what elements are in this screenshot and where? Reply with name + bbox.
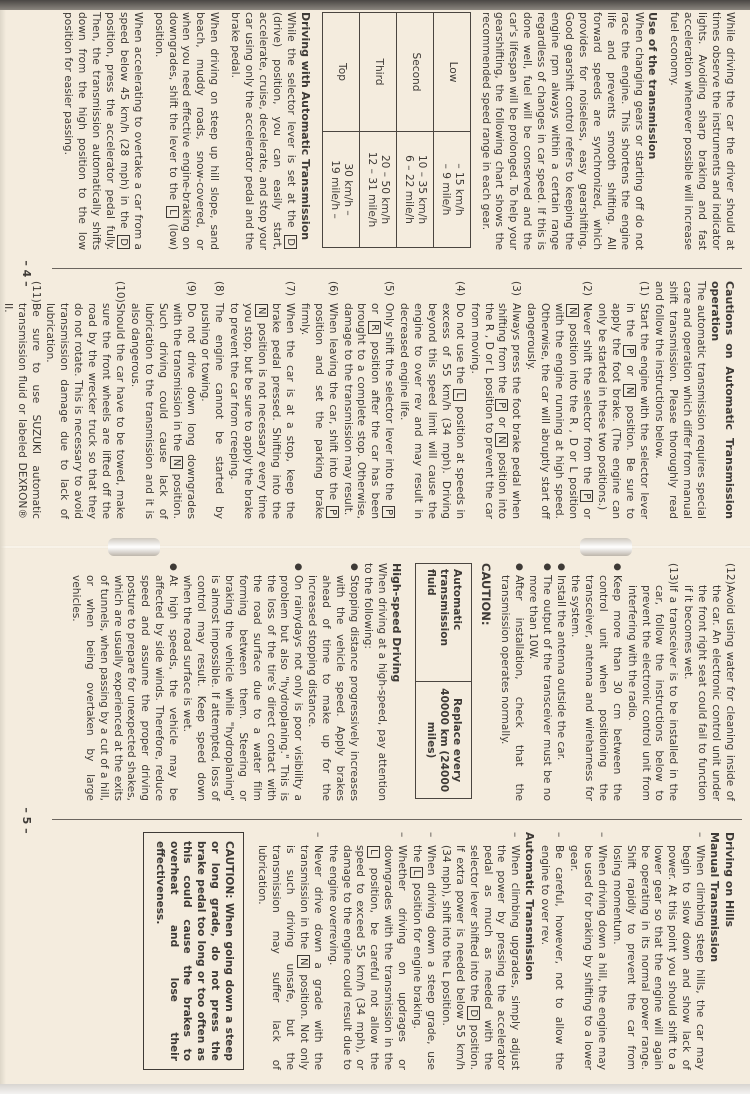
subheading-manual: Manual Transmission	[707, 832, 721, 1070]
text: position for engine braking.	[411, 883, 423, 1029]
dash-item: Be careful, however, not to allow the en…	[537, 832, 565, 1070]
text: Only shift the selector lever into the	[383, 303, 395, 501]
item-number: (1)	[636, 281, 650, 296]
manual-spread: While driving the car the driver should …	[0, 0, 750, 1094]
scan-bottom-edge	[0, 1084, 750, 1094]
gear-key-p: P	[580, 490, 593, 502]
text: Never shift the selector from the	[581, 303, 593, 484]
bullet-item: Stopping distance progressively increase…	[304, 563, 360, 801]
table-row: Second 10 – 35 km/h6 – 22 mile/h	[396, 13, 433, 248]
high-speed-intro: When driving at a high-speed, pay attent…	[360, 563, 388, 801]
text: position is not necessary every time you…	[228, 303, 268, 519]
item-number: (2)	[579, 281, 593, 296]
item-number: (9)	[183, 281, 197, 296]
bullet-item: At high speeds, the vehicle may be affec…	[68, 563, 179, 801]
atf-interval-cell: Replace every 40000 km (24000 miles)	[415, 682, 471, 799]
driving-intro: While driving the car the driver should …	[666, 12, 736, 250]
item-number: (12)	[722, 563, 736, 585]
list-item: (4)Do not use the L position at speeds i…	[396, 281, 466, 519]
text: Avoid using water for cleaning inside of…	[682, 585, 736, 801]
list-item: (12)Avoid using water for cleaning insid…	[680, 563, 736, 801]
manual-items: When climbing steep hills, the car may b…	[537, 832, 706, 1070]
item-number: (4)	[452, 281, 466, 296]
dash-item: When driving down a steep grade, use the…	[409, 832, 437, 1070]
gear-key-n: N	[623, 384, 636, 397]
atf-service-table: Automatic transmission fluid Replace eve…	[415, 563, 472, 799]
cautions-list-continued: (12)Avoid using water for cleaning insid…	[624, 563, 736, 801]
speed-mph: 6 – 22 mile/h	[403, 155, 415, 224]
text: (drive) position, you can easily start, …	[229, 12, 283, 250]
text: or	[497, 417, 509, 428]
gear-key-l: L	[410, 867, 423, 879]
gear-key-l: L	[367, 846, 380, 858]
list-item: (9)Do not drive down long downgrades wit…	[127, 281, 197, 519]
text: position, press the accelerator pedal fu…	[62, 12, 116, 250]
caution-label: CAUTION:	[478, 563, 492, 801]
gear-key-n: N	[170, 456, 183, 469]
bullet-item: Keep more than 30 cm between the control…	[567, 563, 623, 801]
section-heading-driving-automatic: Driving with Automatic Transmission	[298, 12, 312, 250]
page4-left-column: While driving the car the driver should …	[53, 12, 736, 250]
bullet-item: The output of the transceiver must be no…	[525, 563, 553, 801]
gear-key-n: N	[297, 955, 310, 968]
high-speed-bullets: Stopping distance progressively increase…	[68, 563, 360, 801]
paragraph: When accelerating to overtake a car from…	[60, 12, 143, 250]
page-number: – 5 –	[20, 547, 33, 1094]
text: position after the car has been brought …	[342, 303, 382, 519]
item-number: (5)	[381, 281, 395, 296]
text: position, be careful not allow the speed…	[327, 845, 381, 1070]
page4-right-column: Cautions on Automatic Transmission opera…	[0, 281, 736, 519]
speed-kmh: 10 – 35 km/h	[416, 155, 428, 224]
gear-cell: Top	[322, 13, 359, 132]
item-number: (6)	[325, 281, 339, 296]
bullet-item: On rainydays not only is poor visibility…	[179, 563, 304, 801]
section-heading-hills: Driving on Hills	[722, 832, 736, 1070]
gear-key-d: D	[284, 235, 297, 249]
paper-edge-shadow	[0, 0, 6, 1094]
list-item: (13)If a transceiver is to be installed …	[624, 563, 680, 801]
text: When the car is at a stop, keep the brak…	[270, 303, 296, 519]
item-number: (10)	[112, 281, 126, 303]
speed-cell: 30 km/h –19 mile/h –	[322, 132, 359, 248]
cautions-intro: The automatic transmission requires spec…	[652, 281, 708, 519]
bullet-item: Install the antenna outside the car.	[553, 563, 567, 801]
gear-cell: Second	[396, 13, 433, 132]
dash-item: When climbing upgrades, simply adjust th…	[438, 832, 521, 1070]
gear-key-l: L	[453, 389, 466, 401]
gear-cell: Low	[433, 13, 470, 132]
speed-kmh: 20 – 50 km/h	[379, 155, 391, 224]
bullet-item: After installation, check that the trans…	[498, 563, 526, 801]
paragraph: While the selector lever is set at the D…	[227, 12, 297, 250]
column-divider	[52, 819, 742, 820]
speed-kmh: – 15 km/h	[453, 163, 465, 215]
gear-cell: Third	[359, 13, 396, 132]
speed-mph: – 9 mile/h	[440, 164, 452, 216]
list-item: (7)When the car is at a stop, keep the b…	[226, 281, 296, 519]
text: position into the R , D or L position wi…	[525, 303, 579, 519]
item-number: (13)	[665, 563, 679, 585]
text: Should the car have to be towed, make su…	[45, 303, 127, 519]
dash-item: Never drive down a grade with the transm…	[254, 832, 324, 1070]
text: or	[369, 303, 381, 314]
subheading-automatic: Automatic Transmission	[522, 832, 536, 1070]
section-heading-use-of-transmission: Use of the transmission	[646, 12, 660, 250]
item-number: (7)	[282, 281, 296, 296]
text: When accelerating to overtake a car from…	[118, 12, 144, 250]
page-5: (12)Avoid using water for cleaning insid…	[0, 547, 750, 1094]
page-number: – 4 –	[20, 0, 33, 547]
gear-key-d: D	[467, 1006, 480, 1020]
gear-key-p: P	[382, 506, 395, 518]
page5-left-column: (12)Avoid using water for cleaning insid…	[62, 563, 736, 801]
speed-mph: 12 – 31 mile/h	[366, 152, 378, 227]
automatic-items: When climbing upgrades, simply adjust th…	[254, 832, 521, 1070]
page5-right-column: Driving on Hills Manual Transmission Whe…	[143, 832, 736, 1070]
list-item: (10)Should the car have to be towed, mak…	[43, 281, 126, 519]
text: If a transceiver is to be installed in t…	[626, 585, 680, 801]
list-item: (5)Only shift the selector lever into th…	[340, 281, 396, 519]
section-heading-high-speed: High-speed Driving	[389, 563, 403, 801]
use-of-transmission-body: When changing gears or starting off do n…	[478, 12, 645, 250]
speed-cell: 20 – 50 km/h12 – 31 mile/h	[359, 132, 396, 248]
table-row: Top 30 km/h –19 mile/h –	[322, 13, 359, 248]
list-item: (2)Never shift the selector from the P o…	[523, 281, 593, 519]
text: Whether driving on updrages or downgrade…	[382, 845, 408, 1070]
speed-cell: – 15 km/h– 9 mile/h	[433, 132, 470, 248]
gear-key-n: N	[566, 304, 579, 317]
item-number: (8)	[211, 281, 225, 296]
gear-key-n: N	[496, 433, 509, 446]
list-item: (1)Start the engine with the selector le…	[594, 281, 650, 519]
column-divider	[52, 268, 742, 269]
item-number: (3)	[509, 281, 523, 296]
transceiver-bullets: Keep more than 30 cm between the control…	[498, 563, 623, 801]
cautions-list: (1)Start the engine with the selector le…	[0, 281, 650, 519]
page-4: While driving the car the driver should …	[0, 0, 750, 547]
gear-key-p: P	[496, 399, 509, 411]
gear-key-d: D	[117, 235, 130, 249]
list-item: (6)When leaving the car, shift into the …	[297, 281, 339, 519]
hill-caution-box: CAUTION: When going down a steep or long…	[143, 832, 244, 1070]
gear-key-l: L	[166, 206, 179, 218]
text: The engine cannot be started by pushing …	[199, 303, 225, 519]
list-item: (3)Always press the foot brake pedal whe…	[467, 281, 523, 519]
gear-speed-table: Low – 15 km/h– 9 mile/h Second 10 – 35 k…	[322, 12, 471, 248]
speed-mph: 19 mile/h –	[329, 160, 341, 219]
gear-key-p: P	[623, 345, 636, 357]
gear-key-r: R	[368, 321, 381, 334]
dash-item: Whether driving on updrages or downgrade…	[325, 832, 408, 1070]
gear-key-n: N	[255, 304, 268, 317]
text: When leaving the car, shift into the	[327, 303, 339, 500]
list-item: (8)The engine cannot be started by pushi…	[198, 281, 226, 519]
text: position and set the parking brake firml…	[299, 303, 325, 519]
text: or	[581, 508, 593, 519]
dash-item: When climbing steep hills, the car may b…	[609, 832, 706, 1070]
text: While the selector lever is set at the	[285, 12, 297, 228]
table-row: Automatic transmission fluid Replace eve…	[415, 564, 471, 799]
text: or	[624, 365, 636, 376]
section-heading-cautions: Cautions on Automatic Transmission opera…	[708, 281, 736, 519]
scan-top-edge	[0, 0, 750, 10]
table-row: Low – 15 km/h– 9 mile/h	[433, 13, 470, 248]
text: Do not use the	[454, 303, 466, 384]
dash-item: When driving down a hill, the engine may…	[566, 832, 608, 1070]
speed-cell: 10 – 35 km/h6 – 22 mile/h	[396, 132, 433, 248]
atf-item-cell: Automatic transmission fluid	[415, 564, 471, 682]
gear-key-p: P	[326, 506, 339, 518]
speed-kmh: 30 km/h –	[342, 163, 354, 215]
table-row: Third 20 – 50 km/h12 – 31 mile/h	[359, 13, 396, 248]
paragraph: When driving on steep up hill slope, san…	[151, 12, 221, 250]
